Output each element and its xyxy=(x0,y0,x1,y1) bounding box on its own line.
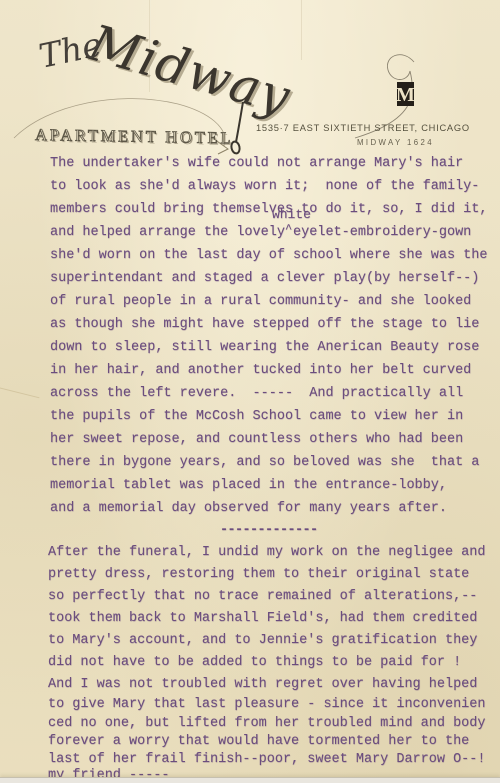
letter-line: ced no one, but lifted from her troubled… xyxy=(48,714,485,733)
letter-line: And I was not troubled with regret over … xyxy=(48,674,485,695)
letter-line: to give Mary that last pleasure - since … xyxy=(48,695,485,714)
letter-line: did not have to be added to things to be… xyxy=(48,652,485,674)
scan-edge xyxy=(0,777,500,783)
letter-line: took them back to Marshall Field's, had … xyxy=(48,608,485,630)
letter-line: her sweet repose, and countless others w… xyxy=(50,428,487,451)
letter-line: so perfectly that no trace remained of a… xyxy=(48,586,485,608)
letter-line: forever a worry that would have tormente… xyxy=(48,733,485,751)
letter-line: After the funeral, I undid my work on th… xyxy=(48,542,485,564)
insert-before-text: and helped arrange the lovely xyxy=(50,225,285,240)
letter-page: Midway Midway The APARTMENT HOTEL APARTM… xyxy=(0,0,500,783)
paragraph-1: The undertaker's wife could not arrange … xyxy=(50,152,487,520)
letter-line: of rural people in a rural community- an… xyxy=(50,290,487,313)
section-divider: ------------- xyxy=(220,520,318,542)
letter-line-with-insertion: and helped arrange the lovelywhite^eyele… xyxy=(50,221,487,244)
letter-line: The undertaker's wife could not arrange … xyxy=(50,152,487,175)
letterhead: Midway Midway The APARTMENT HOTEL APARTM… xyxy=(0,0,500,162)
hotel-name: Midway xyxy=(82,14,297,127)
address-line: 1535·7 EAST SIXTIETH STREET, CHICAGO xyxy=(256,123,470,133)
letter-line: pretty dress, restoring them to their or… xyxy=(48,564,485,586)
insert-after-text: eyelet-embroidery-gown xyxy=(293,225,471,240)
letter-line: she'd worn on the last day of school whe… xyxy=(50,244,487,267)
letter-line: down to sleep, still wearing the Anerica… xyxy=(50,336,487,359)
insertion-caret: ^ xyxy=(285,218,292,241)
monogram-m: M xyxy=(396,84,415,106)
letter-line: and a memorial day observed for many yea… xyxy=(50,497,487,520)
letter-line: members could bring themselves to do it,… xyxy=(50,198,487,221)
letter-line: to Mary's account, and to Jennie's grati… xyxy=(48,630,485,652)
letter-line: superintendant and staged a clever play(… xyxy=(50,267,487,290)
paragraph-2: After the funeral, I undid my work on th… xyxy=(48,542,485,783)
fold-crease xyxy=(0,387,39,399)
letter-line: last of her frail finish--poor, sweet Ma… xyxy=(48,751,485,768)
letter-line: to look as she'd always worn it; none of… xyxy=(50,175,487,198)
hotel-subtitle: APARTMENT HOTEL xyxy=(35,125,234,147)
letter-line: across the left revere. ----- And practi… xyxy=(50,382,487,405)
letter-line: memorial tablet was placed in the entran… xyxy=(50,474,487,497)
letter-line: there in bygone years, and so beloved wa… xyxy=(50,451,487,474)
letter-line: the pupils of the McCosh School came to … xyxy=(50,405,487,428)
letter-line: in her hair, and another tucked into her… xyxy=(50,359,487,382)
spiral-ornament xyxy=(387,55,414,80)
phone-line: MIDWAY 1624 xyxy=(357,138,434,147)
letter-line: as though she might have stepped off the… xyxy=(50,313,487,336)
